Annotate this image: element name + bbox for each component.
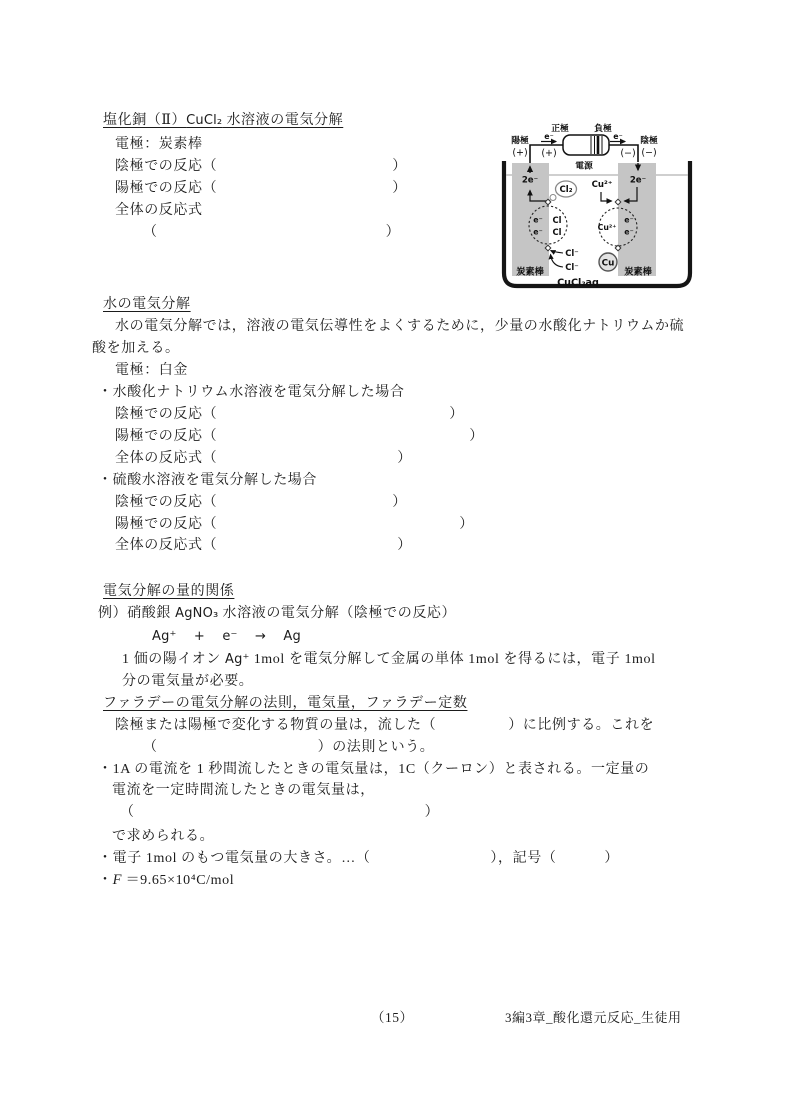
line-electrode-carbon: 電極：炭素棒 [115,136,203,153]
answer-blank [217,460,397,462]
cl-ion-arrow-upper [551,251,563,254]
bullet: ・ [98,873,113,888]
answer-blank [370,860,490,862]
answer-blank [217,504,392,506]
line-electrode-platinum: 電極：白金 [115,362,188,379]
blank-electron-charge: ・電子 1mol のもつ電気量の大きさ。…（），記号（） [98,850,619,867]
answer-blank [217,416,449,418]
blank-anode-cucl2-label: 陽極での反応（ [115,181,217,196]
label-cl-atom2: Cl [552,227,561,237]
label-battery-minus: (−) [620,148,635,159]
blank-faraday-law-1-suffix: ）に比例する。これを [508,718,654,733]
body-mol-1: 1 価の陽イオン Ag⁺ 1mol を電気分解して金属の単体 1mol を得るに… [122,651,656,668]
close-paren: ） [386,225,401,240]
body-mol-2: 分の電気量が必要。 [122,673,253,690]
blank-cathode-naoh-label: 陰極での反応（ [115,407,217,422]
case-naoh: ・水酸化ナトリウム水溶液を電気分解した場合 [98,384,404,401]
equation-ag-reduction: Ag⁺ + e⁻ → Ag [152,628,301,645]
case-h2so4: ・硫酸水溶液を電気分解した場合 [98,472,317,489]
open-paren: （ [143,225,158,240]
close-paren: ） [392,159,407,174]
blank-faraday-law-2: （）の法則という。 [143,739,434,756]
answer-blank [217,547,397,549]
label-electron-in-left: e⁻ [533,216,542,225]
close-paren: ） [392,495,407,510]
blank-overall-h2so4-label: 全体の反応式（ [115,538,217,553]
open-paren: （ [120,805,135,820]
label-electron-in-right: e⁻ [624,216,633,225]
cl-ion-arrow-lower [551,255,564,268]
label-battery-plus: (+) [541,148,556,159]
answer-blank [158,749,318,751]
body-water-1: 水の電気分解では，溶液の電気伝導性をよくするために，少量の水酸化ナトリウムか硫 [115,318,684,335]
label-2e-left: 2e⁻ [522,176,538,186]
blank-cathode-cucl2-label: 陰極での反応（ [115,159,217,174]
faraday-value: ＝9.65×10⁴C/mol [121,873,234,888]
blank-overall-cucl2: （） [143,224,400,241]
section-title-cucl2-text: 塩化銅（Ⅱ） [103,113,186,128]
blank-cathode-h2so4: 陰極での反応（） [115,494,407,511]
blank-anode-naoh: 陽極での反応（） [115,428,484,445]
close-paren: ） [469,429,484,444]
blank-faraday-law-2-suffix: ）の法則という。 [318,740,435,755]
blank-cathode-cucl2: 陰極での反応（） [115,158,407,175]
label-cl2-gas: Cl₂ [559,185,572,195]
blank-overall-naoh-label: 全体の反応式（ [115,451,217,466]
label-solution: CuCl₂aq [557,278,599,289]
label-negative-electrode: 負極 [594,122,612,134]
blank-overall-h2so4: 全体の反応式（） [115,537,412,554]
blank-faraday-law-1-label: 陰極または陽極で変化する物質の量は，流した（ [115,718,436,733]
label-cl-atom: Cl [552,215,561,225]
answer-blank [217,438,469,440]
body-coulomb-2: 電流を一定時間流したときの電気量は， [112,782,375,799]
section-title-cucl2: 塩化銅（Ⅱ）CuCl₂ 水溶液の電気分解 [103,112,343,129]
section-title-faraday: ファラデーの電気分解の法則，電気量，ファラデー定数 [103,695,467,712]
blank-anode-cucl2: 陽極での反応（） [115,180,407,197]
label-carbon-rod-right: 炭素棒 [624,266,652,278]
small-bubble [550,195,556,201]
close-paren: ） [397,451,412,466]
blank-overall-naoh: 全体の反応式（） [115,450,412,467]
blank-charge-formula: （） [120,804,439,821]
close-paren: ） [392,181,407,196]
label-cathode-sign: (−) [641,148,656,159]
electrolysis-diagram: 正極 負極 e⁻ e⁻ 陽極 (+) 陰極 (−) (+) (−) 電源 2e⁻… [497,105,697,295]
section-title-quantity: 電気分解の量的関係 [103,583,234,600]
formula-ag-ion: Ag⁺ [225,652,250,667]
label-cu2plus-circle: Cu²⁺ [598,223,617,232]
body-mol-1-text: 1 価の陽イオン [122,652,225,667]
blank-symbol-label: ），記号（ [490,851,556,866]
answer-blank [217,168,392,170]
line-faraday-constant: ・F ＝9.65×10⁴C/mol [98,872,234,889]
body-water-2: 酸を加える。 [92,340,180,357]
close-paren: ） [397,538,412,553]
section-title-cucl2-text2: 水溶液の電気分解 [222,113,343,128]
label-positive-electrode: 正極 [551,122,569,134]
formula-agno3: AgNO₃ [175,606,218,621]
blank-anode-h2so4-label: 陽極での反応（ [115,517,217,532]
label-cu-deposit: Cu [602,259,615,269]
label-electron-in-right2: e⁻ [624,228,633,237]
formula-cucl2: CuCl₂ [186,113,222,128]
label-cathode: 陰極 [640,134,658,146]
example-agno3-text: 例）硝酸銀 [98,606,175,621]
document-label: 3編3章_酸化還元反応_生徒用 [505,1007,682,1026]
answer-blank [436,727,508,729]
label-cl-ion-upper: Cl⁻ [565,248,578,258]
close-paren: ） [604,851,619,866]
worksheet-page: 塩化銅（Ⅱ）CuCl₂ 水溶液の電気分解 電極：炭素棒 陰極での反応（） 陽極で… [0,0,790,1118]
section-title-water: 水の電気分解 [103,296,191,313]
page-number: （15） [371,1006,414,1026]
close-paren: ） [459,517,474,532]
blank-faraday-law-1: 陰極または陽極で変化する物質の量は，流した（）に比例する。これを [115,717,654,734]
blank-cathode-naoh: 陰極での反応（） [115,406,464,423]
close-paren: ） [449,407,464,422]
label-electron-left: e⁻ [544,132,553,141]
label-electron-right: e⁻ [613,132,622,141]
blank-electron-charge-label: ・電子 1mol のもつ電気量の大きさ。…（ [98,851,370,866]
label-carbon-rod-left: 炭素棒 [516,266,544,278]
open-paren: （ [143,740,158,755]
label-power-source: 電源 [575,160,593,172]
example-agno3: 例）硝酸銀 AgNO₃ 水溶液の電気分解（陰極での反応） [98,605,456,622]
blank-cathode-h2so4-label: 陰極での反応（ [115,495,217,510]
label-anode-sign: (+) [512,148,527,159]
label-electron-in-left2: e⁻ [533,228,542,237]
answer-blank [556,860,604,862]
body-coulomb-1: ・1A の電流を 1 秒間流したときの電気量は，1C（クーロン）と表される。一定… [98,761,649,778]
blank-anode-naoh-label: 陽極での反応（ [115,429,217,444]
blank-anode-h2so4: 陽極での反応（） [115,516,474,533]
close-paren: ） [425,805,440,820]
answer-blank [217,526,459,528]
label-anode: 陽極 [511,134,529,146]
label-cu2plus-top: Cu²⁺ [592,180,613,190]
answer-blank [217,190,392,192]
answer-blank [158,234,386,236]
example-agno3-text2: 水溶液の電気分解（陰極での反応） [218,606,456,621]
line-overall-eq-cucl2: 全体の反応式 [115,202,203,219]
answer-blank [135,814,425,816]
body-mol-1-text2: 1mol を電気分解して金属の単体 1mol を得るには，電子 1mol [250,652,656,667]
arrow-cu-ion-to-electrode [601,192,612,201]
body-coulomb-3: で求められる。 [112,828,214,845]
label-2e-right: 2e⁻ [630,176,646,186]
label-cl-ion-lower: Cl⁻ [565,262,578,272]
